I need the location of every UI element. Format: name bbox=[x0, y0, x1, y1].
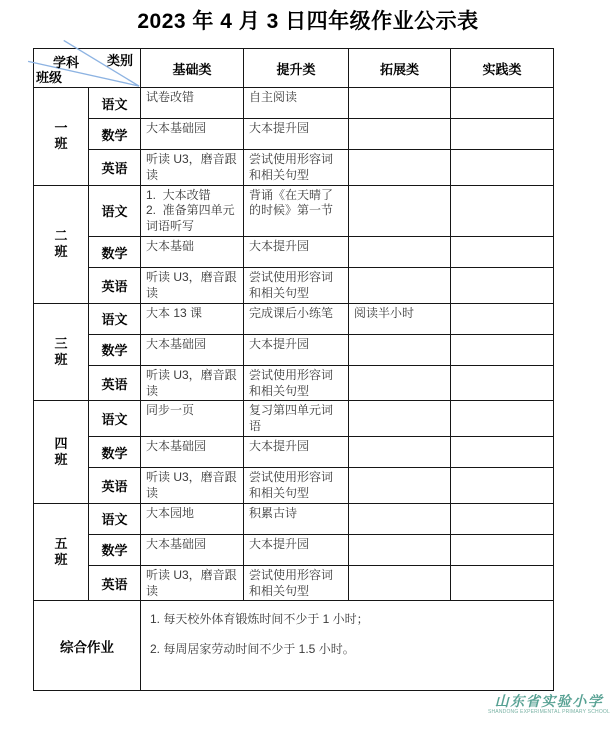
subject-label: 英语 bbox=[89, 365, 141, 401]
table-row: 英语听读 U3，磨音跟读尝试使用形容词和相关句型 bbox=[34, 150, 554, 186]
subject-label: 语文 bbox=[89, 401, 141, 437]
class-label-3: 三 班 bbox=[34, 303, 89, 401]
table-row: 二 班语文1. 大本改错 2. 准备第四单元词语听写背诵《在天晴了的时候》第一节 bbox=[34, 185, 554, 236]
corner-class-label: 班级 bbox=[36, 67, 62, 86]
table-row: 数学大本基础园大本提升园 bbox=[34, 119, 554, 150]
cell-improve: 自主阅读 bbox=[244, 88, 349, 119]
summary-label: 综合作业 bbox=[34, 601, 141, 691]
table-row: 数学大本基础园大本提升园 bbox=[34, 437, 554, 468]
subject-label: 语文 bbox=[89, 503, 141, 534]
cell-improve: 背诵《在天晴了的时候》第一节 bbox=[244, 185, 349, 236]
cell-basic: 听读 U3，磨音跟读 bbox=[141, 268, 244, 304]
cell-expand bbox=[349, 119, 451, 150]
table-row: 英语听读 U3，磨音跟读尝试使用形容词和相关句型 bbox=[34, 468, 554, 504]
column-header-improve: 提升类 bbox=[244, 49, 349, 88]
cell-basic: 大本基础园 bbox=[141, 534, 244, 565]
cell-improve: 大本提升园 bbox=[244, 237, 349, 268]
cell-basic: 大本基础园 bbox=[141, 437, 244, 468]
cell-improve: 大本提升园 bbox=[244, 534, 349, 565]
subject-label: 语文 bbox=[89, 303, 141, 334]
cell-practice bbox=[451, 503, 554, 534]
subject-label: 数学 bbox=[89, 334, 141, 365]
subject-label: 数学 bbox=[89, 119, 141, 150]
cell-basic: 试卷改错 bbox=[141, 88, 244, 119]
cell-practice bbox=[451, 468, 554, 504]
class-label-4: 四 班 bbox=[34, 401, 89, 503]
cell-practice bbox=[451, 119, 554, 150]
table-row: 英语听读 U3，磨音跟读尝试使用形容词和相关句型 bbox=[34, 268, 554, 304]
table-row: 数学大本基础园大本提升园 bbox=[34, 534, 554, 565]
class-label-5: 五 班 bbox=[34, 503, 89, 601]
cell-expand bbox=[349, 503, 451, 534]
summary-content-cell: 1. 每天校外体育锻炼时间不少于 1 小时； 2. 每周居家劳动时间不少于 1.… bbox=[141, 601, 554, 691]
school-name-english: SHANDONG EXPERIMENTAL PRIMARY SCHOOL bbox=[488, 710, 610, 716]
cell-improve: 积累古诗 bbox=[244, 503, 349, 534]
subject-label: 数学 bbox=[89, 534, 141, 565]
table-row: 三 班语文大本 13 课完成课后小练笔阅读半小时 bbox=[34, 303, 554, 334]
cell-basic: 听读 U3，磨音跟读 bbox=[141, 365, 244, 401]
cell-improve: 完成课后小练笔 bbox=[244, 303, 349, 334]
cell-practice bbox=[451, 565, 554, 601]
cell-practice bbox=[451, 303, 554, 334]
cell-basic: 大本基础园 bbox=[141, 119, 244, 150]
corner-header-cell: 学科 类别 班级 bbox=[34, 49, 141, 88]
cell-expand bbox=[349, 401, 451, 437]
cell-expand bbox=[349, 88, 451, 119]
cell-basic: 听读 U3，磨音跟读 bbox=[141, 565, 244, 601]
cell-basic: 1. 大本改错 2. 准备第四单元词语听写 bbox=[141, 185, 244, 236]
cell-improve: 尝试使用形容词和相关句型 bbox=[244, 565, 349, 601]
cell-improve: 尝试使用形容词和相关句型 bbox=[244, 468, 349, 504]
cell-improve: 复习第四单元词语 bbox=[244, 401, 349, 437]
subject-label: 语文 bbox=[89, 185, 141, 236]
subject-label: 英语 bbox=[89, 150, 141, 186]
homework-table: 学科 类别 班级 基础类 提升类 拓展类 实践类 一 班语文试卷改错自主阅读数学… bbox=[33, 48, 554, 691]
table-row: 英语听读 U3，磨音跟读尝试使用形容词和相关句型 bbox=[34, 365, 554, 401]
cell-expand bbox=[349, 468, 451, 504]
class-label-1: 一 班 bbox=[34, 88, 89, 186]
cell-expand bbox=[349, 534, 451, 565]
summary-row: 综合作业 1. 每天校外体育锻炼时间不少于 1 小时； 2. 每周居家劳动时间不… bbox=[34, 601, 554, 691]
subject-label: 数学 bbox=[89, 237, 141, 268]
cell-improve: 尝试使用形容词和相关句型 bbox=[244, 268, 349, 304]
cell-practice bbox=[451, 334, 554, 365]
school-name-chinese: 山东省实验小学 bbox=[488, 695, 610, 710]
cell-expand bbox=[349, 268, 451, 304]
column-header-expand: 拓展类 bbox=[349, 49, 451, 88]
page: 2023 年 4 月 3 日四年级作业公示表 学科 类别 班级 基础类 提升类 bbox=[0, 0, 616, 732]
cell-expand: 阅读半小时 bbox=[349, 303, 451, 334]
cell-improve: 大本提升园 bbox=[244, 119, 349, 150]
cell-expand bbox=[349, 437, 451, 468]
corner-category-label: 类别 bbox=[107, 50, 133, 69]
cell-improve: 尝试使用形容词和相关句型 bbox=[244, 365, 349, 401]
column-header-practice: 实践类 bbox=[451, 49, 554, 88]
subject-label: 英语 bbox=[89, 565, 141, 601]
summary-item-1: 1. 每天校外体育锻炼时间不少于 1 小时； bbox=[150, 610, 547, 627]
cell-practice bbox=[451, 185, 554, 236]
cell-basic: 听读 U3，磨音跟读 bbox=[141, 150, 244, 186]
cell-improve: 尝试使用形容词和相关句型 bbox=[244, 150, 349, 186]
table-row: 五 班语文大本园地积累古诗 bbox=[34, 503, 554, 534]
cell-expand bbox=[349, 565, 451, 601]
subject-label: 英语 bbox=[89, 468, 141, 504]
cell-basic: 同步一页 bbox=[141, 401, 244, 437]
cell-expand bbox=[349, 334, 451, 365]
cell-expand bbox=[349, 237, 451, 268]
cell-practice bbox=[451, 365, 554, 401]
cell-practice bbox=[451, 237, 554, 268]
subject-label: 英语 bbox=[89, 268, 141, 304]
subject-label: 数学 bbox=[89, 437, 141, 468]
cell-basic: 听读 U3，磨音跟读 bbox=[141, 468, 244, 504]
cell-practice bbox=[451, 150, 554, 186]
cell-basic: 大本园地 bbox=[141, 503, 244, 534]
table-row: 一 班语文试卷改错自主阅读 bbox=[34, 88, 554, 119]
summary-item-2: 2. 每周居家劳动时间不少于 1.5 小时。 bbox=[150, 640, 547, 657]
table-row: 四 班语文同步一页复习第四单元词语 bbox=[34, 401, 554, 437]
cell-expand bbox=[349, 185, 451, 236]
cell-practice bbox=[451, 437, 554, 468]
school-watermark: 山东省实验小学 SHANDONG EXPERIMENTAL PRIMARY SC… bbox=[488, 695, 610, 716]
table-row: 数学大本基础大本提升园 bbox=[34, 237, 554, 268]
table-row: 数学大本基础园大本提升园 bbox=[34, 334, 554, 365]
header-row: 学科 类别 班级 基础类 提升类 拓展类 实践类 bbox=[34, 49, 554, 88]
cell-expand bbox=[349, 365, 451, 401]
cell-improve: 大本提升园 bbox=[244, 437, 349, 468]
subject-label: 语文 bbox=[89, 88, 141, 119]
cell-practice bbox=[451, 88, 554, 119]
cell-basic: 大本基础 bbox=[141, 237, 244, 268]
cell-basic: 大本 13 课 bbox=[141, 303, 244, 334]
table-row: 英语听读 U3，磨音跟读尝试使用形容词和相关句型 bbox=[34, 565, 554, 601]
class-label-2: 二 班 bbox=[34, 185, 89, 303]
cell-practice bbox=[451, 401, 554, 437]
page-title: 2023 年 4 月 3 日四年级作业公示表 bbox=[0, 5, 616, 35]
cell-basic: 大本基础园 bbox=[141, 334, 244, 365]
cell-practice bbox=[451, 268, 554, 304]
cell-expand bbox=[349, 150, 451, 186]
cell-improve: 大本提升园 bbox=[244, 334, 349, 365]
cell-practice bbox=[451, 534, 554, 565]
column-header-basic: 基础类 bbox=[141, 49, 244, 88]
homework-table-body: 一 班语文试卷改错自主阅读数学大本基础园大本提升园英语听读 U3，磨音跟读尝试使… bbox=[34, 88, 554, 601]
